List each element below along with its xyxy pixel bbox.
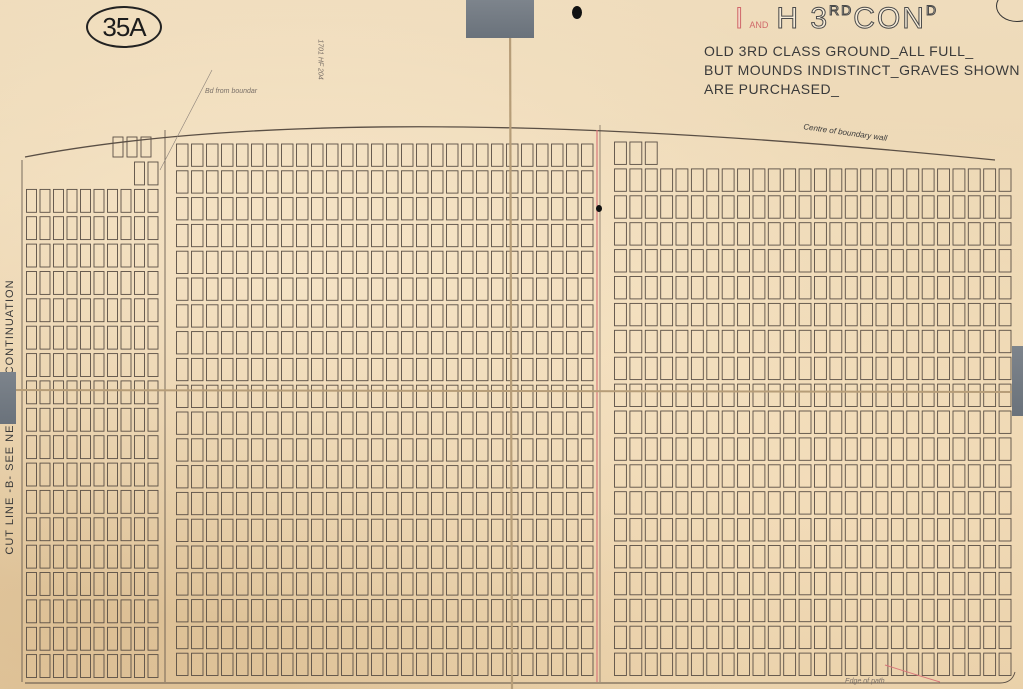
grave-plot bbox=[492, 358, 504, 380]
grave-plot bbox=[845, 384, 857, 406]
right-block bbox=[615, 142, 1012, 676]
grave-plot bbox=[707, 492, 719, 514]
grave-plot bbox=[135, 162, 145, 185]
grave-plot bbox=[40, 189, 50, 212]
grave-plot bbox=[27, 354, 37, 377]
grave-plot bbox=[815, 572, 827, 594]
grave-plot bbox=[630, 303, 642, 325]
grave-plot bbox=[661, 653, 673, 675]
grave-plot bbox=[722, 277, 734, 299]
grave-plot bbox=[108, 299, 118, 322]
grave-plot bbox=[192, 251, 204, 273]
grave-plot bbox=[402, 332, 414, 354]
grave-plot bbox=[342, 519, 354, 541]
grave-plot bbox=[108, 573, 118, 596]
grave-plot bbox=[799, 384, 811, 406]
grave-plot bbox=[54, 545, 64, 568]
grave-plot bbox=[237, 198, 249, 220]
grave-plot bbox=[357, 278, 369, 300]
grave-plot bbox=[282, 626, 294, 648]
grave-plot bbox=[938, 250, 950, 272]
grave-plot bbox=[938, 330, 950, 352]
grave-plot bbox=[148, 217, 158, 240]
grave-plot bbox=[402, 653, 414, 675]
grave-plot bbox=[148, 244, 158, 267]
grave-plot bbox=[784, 196, 796, 218]
grave-plot bbox=[222, 519, 234, 541]
grave-plot bbox=[722, 519, 734, 541]
grave-plot bbox=[645, 599, 657, 621]
grave-plot bbox=[738, 357, 750, 379]
grave-plot bbox=[984, 653, 996, 675]
grave-plot bbox=[357, 251, 369, 273]
grave-plot bbox=[27, 272, 37, 295]
grave-plot bbox=[177, 358, 189, 380]
grave-plot bbox=[582, 385, 594, 407]
grave-plot bbox=[462, 171, 474, 193]
grave-plot bbox=[722, 546, 734, 568]
grave-plot bbox=[67, 545, 77, 568]
grave-plot bbox=[135, 217, 145, 240]
section-i-label: I bbox=[735, 2, 745, 35]
grave-plot bbox=[722, 411, 734, 433]
grave-plot bbox=[54, 381, 64, 404]
grave-plot bbox=[661, 303, 673, 325]
grave-plot bbox=[108, 600, 118, 623]
grave-plot bbox=[121, 463, 131, 486]
grave-plot bbox=[582, 278, 594, 300]
grave-plot bbox=[753, 572, 765, 594]
grave-plot bbox=[984, 626, 996, 648]
grave-plot bbox=[327, 251, 339, 273]
grave-plot bbox=[567, 198, 579, 220]
grave-plot bbox=[922, 572, 934, 594]
grave-plot bbox=[312, 466, 324, 488]
grave-plot bbox=[968, 277, 980, 299]
grave-plot bbox=[922, 384, 934, 406]
grave-plot bbox=[462, 358, 474, 380]
grave-plot bbox=[891, 223, 903, 245]
grave-plot bbox=[953, 519, 965, 541]
grave-plot bbox=[27, 217, 37, 240]
grave-plot bbox=[691, 357, 703, 379]
grave-plot bbox=[54, 189, 64, 212]
grave-plot bbox=[252, 198, 264, 220]
grave-plot bbox=[27, 655, 37, 678]
grave-plot bbox=[567, 492, 579, 514]
grave-plot bbox=[968, 519, 980, 541]
grave-plot bbox=[522, 224, 534, 246]
grave-plot bbox=[267, 626, 279, 648]
grave-plot bbox=[121, 436, 131, 459]
grave-plot bbox=[148, 573, 158, 596]
grave-plot bbox=[552, 358, 564, 380]
middle-block bbox=[177, 144, 594, 676]
grave-plot bbox=[54, 217, 64, 240]
grave-plot bbox=[492, 519, 504, 541]
grave-plot bbox=[477, 171, 489, 193]
grave-plot bbox=[522, 466, 534, 488]
grave-plot bbox=[691, 330, 703, 352]
grave-plot bbox=[645, 142, 657, 164]
and-label: AND bbox=[749, 20, 768, 30]
grave-plot bbox=[387, 385, 399, 407]
grave-plot bbox=[907, 519, 919, 541]
grave-plot bbox=[876, 169, 888, 191]
grave-plot bbox=[40, 244, 50, 267]
grave-plot bbox=[738, 653, 750, 675]
grave-plot bbox=[753, 330, 765, 352]
grave-plot bbox=[237, 144, 249, 166]
grave-plot bbox=[507, 358, 519, 380]
grave-plot bbox=[567, 412, 579, 434]
grave-plot bbox=[282, 358, 294, 380]
grave-plot bbox=[327, 171, 339, 193]
grave-plot bbox=[953, 303, 965, 325]
grave-plot bbox=[567, 305, 579, 327]
grave-plot bbox=[372, 278, 384, 300]
grave-plot bbox=[861, 277, 873, 299]
grave-plot bbox=[861, 250, 873, 272]
grave-plot bbox=[342, 573, 354, 595]
grave-plot bbox=[267, 198, 279, 220]
grave-plot bbox=[121, 518, 131, 541]
grave-plot bbox=[676, 492, 688, 514]
grave-plot bbox=[135, 545, 145, 568]
grave-plot bbox=[432, 653, 444, 675]
grave-plot bbox=[357, 626, 369, 648]
grave-plot bbox=[282, 224, 294, 246]
grave-plot bbox=[645, 277, 657, 299]
grave-plot bbox=[522, 439, 534, 461]
grave-plot bbox=[537, 278, 549, 300]
grave-plot bbox=[222, 546, 234, 568]
grave-plot bbox=[567, 600, 579, 622]
grave-plot bbox=[222, 332, 234, 354]
grave-plot bbox=[722, 438, 734, 460]
grave-plot bbox=[222, 171, 234, 193]
grave-plot bbox=[707, 223, 719, 245]
grave-plot bbox=[630, 142, 642, 164]
grave-plot bbox=[953, 653, 965, 675]
grave-plot bbox=[768, 519, 780, 541]
pencil-note: 1701 HF 204 bbox=[317, 39, 324, 79]
grave-plot bbox=[222, 385, 234, 407]
grave-plot bbox=[537, 653, 549, 675]
grave-plot bbox=[645, 465, 657, 487]
grave-plot bbox=[830, 492, 842, 514]
grave-plot bbox=[768, 438, 780, 460]
grave-plot bbox=[94, 436, 104, 459]
grave-plot bbox=[192, 385, 204, 407]
grave-plot bbox=[108, 436, 118, 459]
grave-plot bbox=[492, 626, 504, 648]
grave-plot bbox=[297, 573, 309, 595]
grave-plot bbox=[252, 653, 264, 675]
tape-patch bbox=[0, 372, 16, 424]
left-block bbox=[27, 162, 159, 678]
grave-plot bbox=[417, 600, 429, 622]
grave-plot bbox=[67, 244, 77, 267]
grave-plot bbox=[327, 600, 339, 622]
grave-plot bbox=[462, 251, 474, 273]
grave-plot bbox=[312, 278, 324, 300]
grave-plot bbox=[237, 546, 249, 568]
grave-plot bbox=[342, 251, 354, 273]
grave-plot bbox=[815, 196, 827, 218]
grave-plot bbox=[267, 439, 279, 461]
grave-plot bbox=[477, 626, 489, 648]
ground-note: OLD 3RD CLASS GROUND_ALL FULL_ BUT MOUND… bbox=[704, 42, 1020, 99]
grave-plot bbox=[357, 144, 369, 166]
grave-plot bbox=[738, 465, 750, 487]
grave-plot bbox=[94, 272, 104, 295]
grave-plot bbox=[192, 519, 204, 541]
grave-plot bbox=[815, 223, 827, 245]
grave-plot bbox=[192, 144, 204, 166]
grave-plot bbox=[81, 518, 91, 541]
grave-plot bbox=[342, 412, 354, 434]
grave-plot bbox=[267, 385, 279, 407]
grave-plot bbox=[447, 358, 459, 380]
grave-plot bbox=[432, 224, 444, 246]
grave-plot bbox=[876, 277, 888, 299]
grave-plot bbox=[968, 169, 980, 191]
grave-plot bbox=[661, 384, 673, 406]
grave-plot bbox=[447, 198, 459, 220]
grave-plot bbox=[477, 573, 489, 595]
grave-plot bbox=[845, 330, 857, 352]
grave-plot bbox=[54, 655, 64, 678]
grave-plot bbox=[417, 439, 429, 461]
grave-plot bbox=[121, 600, 131, 623]
grave-plot bbox=[738, 196, 750, 218]
grave-plot bbox=[357, 466, 369, 488]
grave-plot bbox=[582, 626, 594, 648]
grave-plot bbox=[177, 305, 189, 327]
grave-plot bbox=[522, 412, 534, 434]
grave-plot bbox=[282, 466, 294, 488]
grave-plot bbox=[845, 223, 857, 245]
grave-plot bbox=[148, 600, 158, 623]
grave-plot bbox=[891, 384, 903, 406]
grave-plot bbox=[40, 627, 50, 650]
grave-plot bbox=[876, 384, 888, 406]
grave-plot bbox=[784, 653, 796, 675]
grave-plot bbox=[567, 626, 579, 648]
grave-plot bbox=[984, 277, 996, 299]
grave-plot bbox=[891, 546, 903, 568]
grave-plot bbox=[207, 626, 219, 648]
grave-plot bbox=[876, 519, 888, 541]
grave-plot bbox=[135, 354, 145, 377]
grave-plot bbox=[417, 224, 429, 246]
grave-plot bbox=[722, 303, 734, 325]
grave-plot bbox=[27, 436, 37, 459]
grave-plot bbox=[222, 358, 234, 380]
grave-plot bbox=[67, 381, 77, 404]
grave-plot bbox=[845, 572, 857, 594]
grave-plot bbox=[830, 303, 842, 325]
grave-plot bbox=[922, 519, 934, 541]
grave-plot bbox=[876, 223, 888, 245]
grave-plot bbox=[815, 303, 827, 325]
grave-plot bbox=[312, 198, 324, 220]
grave-plot bbox=[135, 627, 145, 650]
grave-plot bbox=[237, 466, 249, 488]
grave-plot bbox=[968, 492, 980, 514]
grave-plot bbox=[815, 411, 827, 433]
grave-plot bbox=[462, 224, 474, 246]
grave-plot bbox=[552, 332, 564, 354]
grave-plot bbox=[327, 224, 339, 246]
grave-plot bbox=[327, 198, 339, 220]
grave-plot bbox=[27, 518, 37, 541]
grave-plot bbox=[891, 572, 903, 594]
grave-plot bbox=[207, 251, 219, 273]
grave-plot bbox=[645, 626, 657, 648]
grave-plot bbox=[81, 299, 91, 322]
grave-plot bbox=[40, 408, 50, 431]
grave-plot bbox=[282, 144, 294, 166]
grave-plot bbox=[148, 408, 158, 431]
grave-plot bbox=[148, 518, 158, 541]
grave-plot bbox=[876, 357, 888, 379]
grave-plot bbox=[462, 278, 474, 300]
grave-plot bbox=[707, 546, 719, 568]
grave-plot bbox=[387, 251, 399, 273]
grave-plot bbox=[477, 144, 489, 166]
grave-plot bbox=[357, 492, 369, 514]
grave-plot bbox=[722, 492, 734, 514]
grave-plot bbox=[492, 466, 504, 488]
grave-plot bbox=[387, 198, 399, 220]
grave-plot bbox=[707, 196, 719, 218]
grave-plot bbox=[768, 303, 780, 325]
grave-plot bbox=[537, 626, 549, 648]
grave-plot bbox=[94, 408, 104, 431]
grave-plot bbox=[830, 626, 842, 648]
grave-plot bbox=[177, 278, 189, 300]
grave-plot bbox=[845, 438, 857, 460]
grave-plot bbox=[784, 599, 796, 621]
grave-plot bbox=[237, 626, 249, 648]
grave-plot bbox=[447, 385, 459, 407]
grave-plot bbox=[267, 144, 279, 166]
grave-plot bbox=[645, 546, 657, 568]
grave-plot bbox=[799, 411, 811, 433]
grave-plot bbox=[67, 655, 77, 678]
grave-plot bbox=[121, 545, 131, 568]
grave-plot bbox=[402, 385, 414, 407]
grave-plot bbox=[891, 438, 903, 460]
grave-plot bbox=[953, 196, 965, 218]
grave-plot bbox=[432, 412, 444, 434]
grave-plot bbox=[447, 278, 459, 300]
grave-plot bbox=[938, 303, 950, 325]
grave-plot bbox=[387, 171, 399, 193]
grave-plot bbox=[417, 144, 429, 166]
sheet-number: 35A bbox=[86, 6, 162, 48]
grave-plot bbox=[282, 573, 294, 595]
grave-plot bbox=[876, 330, 888, 352]
grave-plot bbox=[27, 573, 37, 596]
section-suffix: CON bbox=[853, 2, 926, 35]
grave-plot bbox=[432, 519, 444, 541]
grave-plot bbox=[312, 144, 324, 166]
grave-plot bbox=[537, 332, 549, 354]
grave-plot bbox=[121, 627, 131, 650]
grave-plot bbox=[297, 144, 309, 166]
grave-plot bbox=[94, 655, 104, 678]
grave-plot bbox=[891, 169, 903, 191]
grave-plot bbox=[907, 357, 919, 379]
grave-plot bbox=[676, 357, 688, 379]
grave-plot bbox=[815, 465, 827, 487]
grave-plot bbox=[815, 384, 827, 406]
grave-plot bbox=[815, 357, 827, 379]
grave-plot bbox=[907, 438, 919, 460]
grave-plot bbox=[267, 224, 279, 246]
grave-plot bbox=[148, 189, 158, 212]
grave-plot bbox=[237, 358, 249, 380]
grave-plot bbox=[567, 171, 579, 193]
grave-plot bbox=[999, 303, 1011, 325]
grave-plot bbox=[372, 224, 384, 246]
grave-plot bbox=[922, 330, 934, 352]
grave-plot bbox=[953, 546, 965, 568]
grave-plot bbox=[999, 653, 1011, 675]
grave-plot bbox=[192, 171, 204, 193]
grave-plot bbox=[537, 519, 549, 541]
grave-plot bbox=[676, 438, 688, 460]
grave-plot bbox=[615, 303, 627, 325]
grave-plot bbox=[707, 357, 719, 379]
grave-plot bbox=[537, 492, 549, 514]
grave-plot bbox=[615, 250, 627, 272]
grave-plot bbox=[999, 330, 1011, 352]
grave-plot bbox=[630, 626, 642, 648]
grave-plot bbox=[845, 599, 857, 621]
grave-plot bbox=[891, 599, 903, 621]
grave-plot bbox=[417, 412, 429, 434]
grave-plot bbox=[192, 224, 204, 246]
grave-plot bbox=[968, 572, 980, 594]
grave-plot bbox=[830, 411, 842, 433]
grave-plot bbox=[582, 573, 594, 595]
grave-plot bbox=[999, 546, 1011, 568]
grave-plot bbox=[207, 358, 219, 380]
grave-plot bbox=[94, 545, 104, 568]
grave-plot bbox=[237, 251, 249, 273]
grave-plot bbox=[968, 357, 980, 379]
grave-plot bbox=[815, 546, 827, 568]
grave-plot bbox=[477, 224, 489, 246]
grave-plot bbox=[938, 384, 950, 406]
grave-plot bbox=[707, 384, 719, 406]
grave-plot bbox=[876, 465, 888, 487]
grave-plot bbox=[876, 572, 888, 594]
grave-plot bbox=[387, 492, 399, 514]
grave-plot bbox=[54, 326, 64, 349]
grave-plot bbox=[402, 278, 414, 300]
grave-plot bbox=[691, 492, 703, 514]
grave-plot bbox=[94, 299, 104, 322]
ink-blot bbox=[596, 205, 602, 212]
grave-plot bbox=[40, 381, 50, 404]
grave-plot bbox=[67, 272, 77, 295]
grave-plot bbox=[148, 463, 158, 486]
